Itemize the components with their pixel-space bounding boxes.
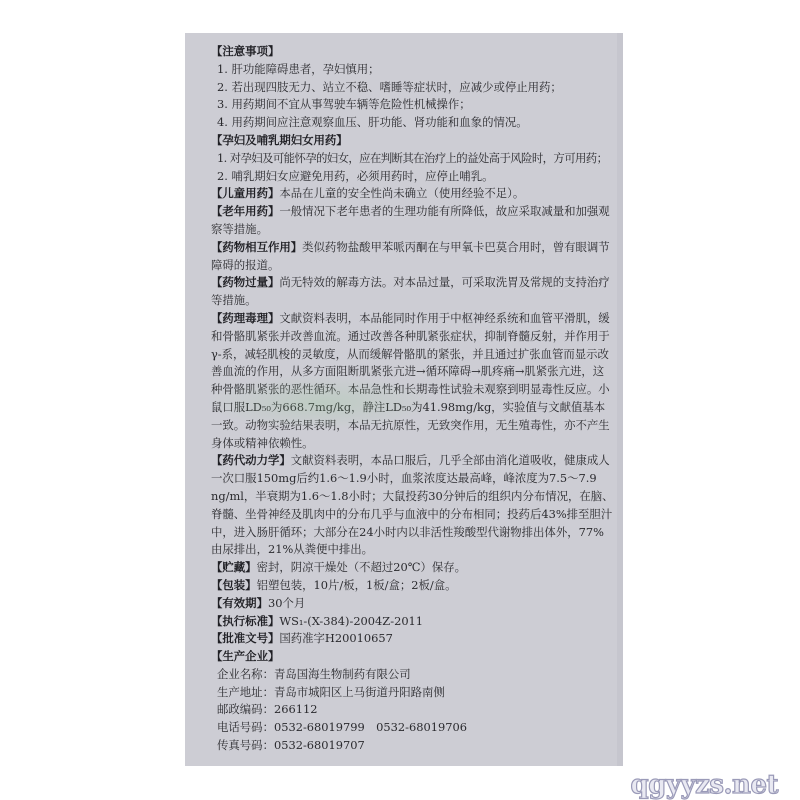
section-manufacturer: 【生产企业】 企业名称：青岛国海生物制药有限公司 生产地址：青岛市城阳区上马街道…: [211, 648, 615, 755]
precaution-item: 2. 若出现四肢无力、站立不稳、嗜睡等症状时，应减少或停止用药；: [211, 79, 615, 97]
heading-geriatric: 【老年用药】: [211, 204, 279, 218]
section-approval: 【批准文号】国药准字H20010657: [211, 630, 615, 648]
section-pharmacokinetics: 【药代动力学】文献资料表明，本品口服后，几乎全部由消化道吸收，健康成人一次口服1…: [211, 452, 615, 559]
heading-pharmacokinetics: 【药代动力学】: [211, 453, 291, 467]
heading-standard: 【执行标准】: [211, 614, 279, 628]
heading-approval: 【批准文号】: [211, 631, 279, 645]
section-standard: 【执行标准】WS₁-(X-384)-2004Z-2011: [211, 613, 615, 631]
heading-pediatric: 【儿童用药】: [211, 186, 279, 200]
package-text: 铝塑包装，10片/板，1板/盒；2板/盒。: [257, 578, 457, 592]
shelf-life-text: 30个月: [268, 596, 305, 610]
storage-text: 密封，阴凉干燥处（不超过20℃）保存。: [257, 560, 467, 574]
section-pediatric: 【儿童用药】本品在儿童的安全性尚未确立（使用经验不足）。: [211, 185, 615, 203]
site-watermark: qgyyzs.net: [631, 770, 778, 800]
section-interactions: 【药物相互作用】类似药物盐酸甲苯哌丙酮在与甲氧卡巴莫合用时，曾有眼调节障碍的报道…: [211, 239, 615, 275]
section-overdose: 【药物过量】尚无特效的解毒方法。对本品过量，可采取洗胃及常规的支持治疗等措施。: [211, 274, 615, 310]
heading-pregnancy: 【孕妇及哺乳期妇女用药】: [211, 132, 615, 150]
approval-text: 国药准字H20010657: [279, 631, 392, 645]
section-storage: 【贮藏】密封，阴凉干燥处（不超过20℃）保存。: [211, 559, 615, 577]
heading-manufacturer: 【生产企业】: [211, 648, 615, 666]
manufacturer-name: 企业名称：青岛国海生物制药有限公司: [211, 666, 615, 684]
pregnancy-item: 1. 对孕妇及可能怀孕的妇女，应在判断其在治疗上的益处高于风险时，方可用药；: [211, 150, 615, 168]
pharmacology-text: 文献资料表明，本品能同时作用于中枢神经系统和血管平滑肌，缓和骨骼肌紧张并改善血流…: [211, 311, 610, 450]
heading-storage: 【贮藏】: [211, 560, 257, 574]
manufacturer-postcode: 邮政编码：266112: [211, 701, 615, 719]
pharmacokinetics-text: 文献资料表明，本品口服后，几乎全部由消化道吸收，健康成人一次口服150mg后约1…: [211, 453, 614, 556]
section-shelf-life: 【有效期】30个月: [211, 595, 615, 613]
pregnancy-item: 2. 哺乳期妇女应避免用药，必须用药时，应停止哺乳。: [211, 168, 615, 186]
heading-package: 【包装】: [211, 578, 257, 592]
section-package: 【包装】铝塑包装，10片/板，1板/盒；2板/盒。: [211, 577, 615, 595]
manufacturer-address: 生产地址：青岛市城阳区上马街道丹阳路南侧: [211, 684, 615, 702]
precaution-item: 3. 用药期间不宜从事驾驶车辆等危险性机械操作；: [211, 96, 615, 114]
section-precautions: 【注意事项】 1. 肝功能障碍患者，孕妇慎用； 2. 若出现四肢无力、站立不稳、…: [211, 43, 615, 132]
precaution-item: 1. 肝功能障碍患者，孕妇慎用；: [211, 61, 615, 79]
precaution-item: 4. 用药期间应注意观察血压、肝功能、肾功能和血象的情况。: [211, 114, 615, 132]
pediatric-text: 本品在儿童的安全性尚未确立（使用经验不足）。: [279, 186, 524, 200]
manufacturer-fax: 传真号码：0532-68019707: [211, 737, 615, 755]
section-pharmacology: 【药理毒理】文献资料表明，本品能同时作用于中枢神经系统和血管平滑肌，缓和骨骼肌紧…: [211, 310, 615, 452]
leaflet-card: 【注意事项】 1. 肝功能障碍患者，孕妇慎用； 2. 若出现四肢无力、站立不稳、…: [185, 33, 623, 766]
section-pregnancy: 【孕妇及哺乳期妇女用药】 1. 对孕妇及可能怀孕的妇女，应在判断其在治疗上的益处…: [211, 132, 615, 185]
heading-precautions: 【注意事项】: [211, 43, 615, 61]
standard-text: WS₁-(X-384)-2004Z-2011: [279, 614, 423, 628]
manufacturer-phone: 电话号码：0532-68019799 0532-68019706: [211, 719, 615, 737]
heading-shelf-life: 【有效期】: [211, 596, 268, 610]
heading-overdose: 【药物过量】: [211, 275, 279, 289]
section-geriatric: 【老年用药】一般情况下老年患者的生理功能有所降低，故应采取减量和加强观察等措施。: [211, 203, 615, 239]
heading-interactions: 【药物相互作用】: [211, 240, 302, 254]
heading-pharmacology: 【药理毒理】: [211, 311, 279, 325]
